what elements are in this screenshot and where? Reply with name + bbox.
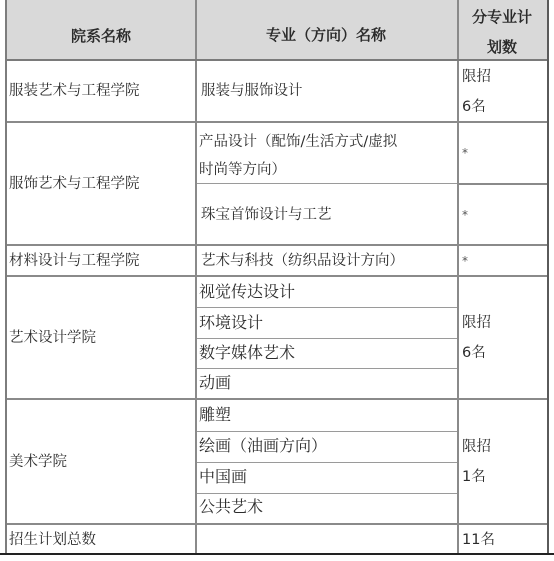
- major-name: 珠宝首饰设计与工艺: [201, 200, 332, 230]
- college-cell: 材料设计与工程学院: [7, 246, 195, 276]
- total-quota: 11名: [462, 527, 495, 553]
- quota-value: *: [462, 246, 468, 276]
- quota-cell: *: [459, 185, 547, 244]
- quota-line1: 限招: [462, 62, 547, 92]
- major-cell: 产品设计（配饰/生活方式/虚拟 时尚等方向）: [199, 128, 455, 186]
- major-name-line1: 产品设计（配饰/生活方式/虚拟: [199, 128, 455, 156]
- college-name: 服装艺术与工程学院: [9, 76, 140, 106]
- major-cell: 视觉传达设计: [199, 277, 457, 308]
- major-name: 公共艺术: [199, 491, 263, 522]
- major-name: 环境设计: [199, 307, 263, 338]
- major-name: 数字媒体艺术: [199, 337, 295, 368]
- quota-cell: 限招 1名: [459, 400, 547, 523]
- major-list: 视觉传达设计 环境设计 数字媒体艺术 动画: [197, 277, 457, 398]
- quota-value: *: [462, 138, 468, 168]
- college-name: 艺术设计学院: [9, 323, 96, 353]
- quota-value: *: [462, 200, 468, 230]
- major-name: 视觉传达设计: [199, 276, 295, 307]
- header-quota-line1: 分专业计: [457, 2, 547, 32]
- quota-cell: 限招 6名: [459, 62, 547, 122]
- major-cell: 中国画: [199, 462, 457, 493]
- college-cell: 服饰艺术与工程学院: [7, 123, 195, 244]
- quota-cell: 限招 6名: [459, 277, 547, 398]
- college-name: 材料设计与工程学院: [9, 246, 140, 276]
- table-bottom-border: [0, 553, 554, 555]
- quota-line1: 限招: [462, 432, 547, 462]
- quota-line2: 6名: [462, 338, 547, 368]
- header-college: 院系名称: [7, 0, 195, 60]
- major-cell: 动画: [199, 368, 457, 399]
- total-quota-cell: 11名: [459, 525, 547, 553]
- major-name: 中国画: [199, 461, 247, 492]
- college-cell: 服装艺术与工程学院: [7, 61, 195, 121]
- header-college-label: 院系名称: [71, 21, 131, 51]
- header-major: 专业（方向）名称: [195, 0, 457, 60]
- quota-line2: 6名: [462, 92, 547, 122]
- major-name: 艺术与科技（纺织品设计方向）: [201, 246, 404, 276]
- total-label: 招生计划总数: [9, 527, 96, 553]
- header-quota: 分专业计 划数: [457, 0, 547, 60]
- major-name: 动画: [199, 367, 231, 398]
- quota-cell: *: [459, 246, 547, 276]
- header-major-label: 专业（方向）名称: [266, 20, 386, 50]
- major-cell: 艺术与科技（纺织品设计方向）: [199, 246, 455, 276]
- major-cell: 公共艺术: [199, 492, 457, 523]
- major-cell: 数字媒体艺术: [199, 338, 457, 369]
- major-list: 雕塑 绘画（油画方向） 中国画 公共艺术: [197, 400, 457, 523]
- admissions-quota-table: 院系名称 专业（方向）名称 分专业计 划数 服装艺术与工程学院 服装与服饰设计 …: [5, 0, 549, 553]
- college-name: 美术学院: [9, 447, 67, 477]
- college-cell: 艺术设计学院: [7, 277, 195, 398]
- major-name: 服装与服饰设计: [201, 76, 303, 106]
- quota-cell: *: [459, 123, 489, 183]
- quota-line2: 1名: [462, 462, 547, 492]
- quota-line1: 限招: [462, 308, 547, 338]
- college-name: 服饰艺术与工程学院: [9, 169, 140, 199]
- major-cell: 环境设计: [199, 308, 457, 339]
- major-name-line2: 时尚等方向）: [199, 156, 455, 184]
- major-name: 雕塑: [199, 399, 231, 430]
- major-cell: 服装与服饰设计: [199, 61, 455, 121]
- subrow-divider: [197, 183, 457, 184]
- total-major-cell: [197, 525, 457, 553]
- header-quota-line2: 划数: [457, 32, 547, 62]
- major-cell: 雕塑: [199, 400, 457, 431]
- total-label-cell: 招生计划总数: [7, 525, 195, 553]
- college-cell: 美术学院: [7, 400, 195, 523]
- major-cell: 绘画（油画方向）: [199, 431, 457, 462]
- major-name: 绘画（油画方向）: [199, 430, 327, 461]
- major-cell: 珠宝首饰设计与工艺: [199, 185, 455, 244]
